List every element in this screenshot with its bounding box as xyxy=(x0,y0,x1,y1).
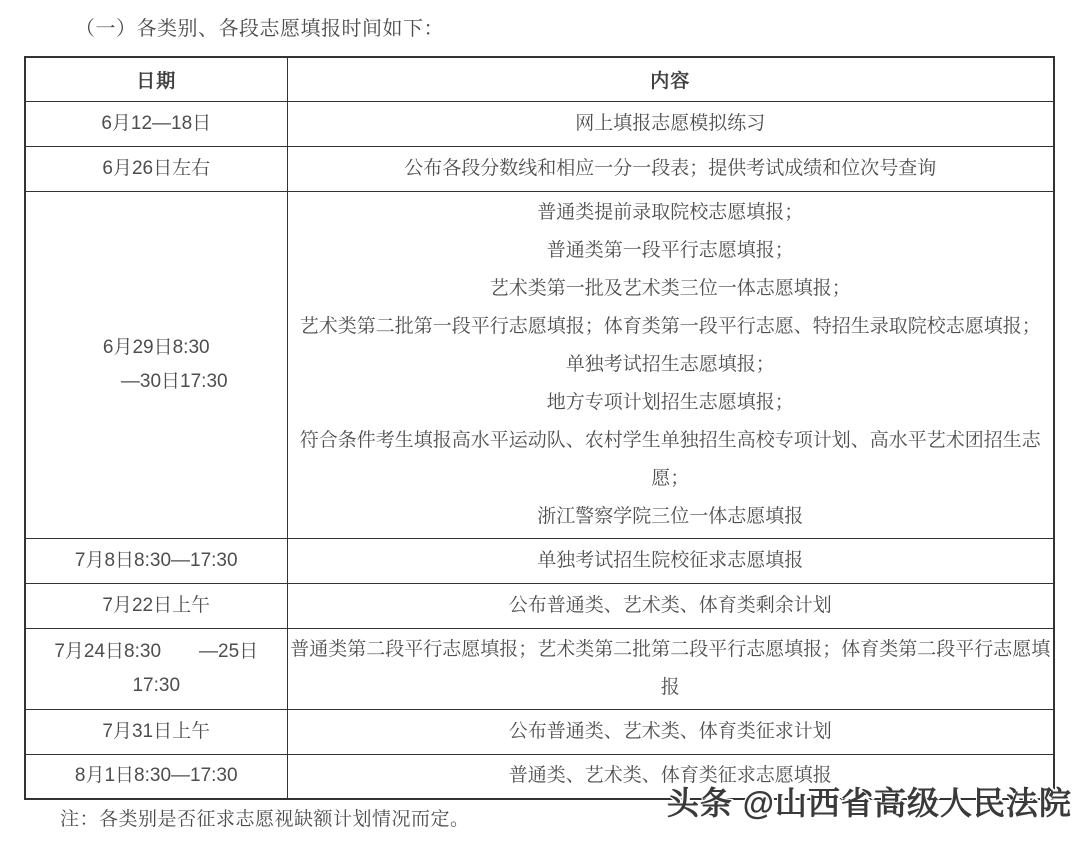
date-cell: 8月1日8:30—17:30 xyxy=(25,754,287,799)
content-line: 符合条件考生填报高水平运动队、农村学生单独招生高校专项计划、高水平艺术团招生志愿… xyxy=(290,422,1052,498)
content-line: 网上填报志愿模拟练习 xyxy=(290,105,1052,143)
date-cell: 7月24日8:30 —25日17:30 xyxy=(25,628,287,709)
content-cell: 公布普通类、艺术类、体育类剩余计划 xyxy=(287,583,1054,628)
content-line: 普通类第一段平行志愿填报； xyxy=(290,232,1052,270)
content-line: 艺术类第二批第一段平行志愿填报；体育类第一段平行志愿、特招生录取院校志愿填报； xyxy=(290,308,1052,346)
column-header-date: 日期 xyxy=(25,57,287,101)
table-row: 6月12—18日网上填报志愿模拟练习 xyxy=(25,101,1054,146)
section-heading: （一）各类别、各段志愿填报时间如下： xyxy=(75,12,444,41)
date-line: 6月26日左右 xyxy=(28,152,285,186)
content-line: 公布普通类、艺术类、体育类征求计划 xyxy=(290,713,1052,751)
footnote: 注：各类别是否征求志愿视缺额计划情况而定。 xyxy=(60,804,470,831)
table-row: 7月24日8:30 —25日17:30普通类第二段平行志愿填报；艺术类第二批第二… xyxy=(25,628,1054,709)
content-line: 普通类提前录取院校志愿填报； xyxy=(290,194,1052,232)
table-row: 7月8日8:30—17:30单独考试招生院校征求志愿填报 xyxy=(25,538,1054,583)
content-cell: 普通类提前录取院校志愿填报；普通类第一段平行志愿填报；艺术类第一批及艺术类三位一… xyxy=(287,191,1054,538)
content-line: 单独考试招生院校征求志愿填报 xyxy=(290,542,1052,580)
date-cell: 7月22日上午 xyxy=(25,583,287,628)
content-cell: 公布各段分数线和相应一分一段表；提供考试成绩和位次号查询 xyxy=(287,146,1054,191)
content-cell: 单独考试招生院校征求志愿填报 xyxy=(287,538,1054,583)
schedule-table: 日期 内容 6月12—18日网上填报志愿模拟练习6月26日左右公布各段分数线和相… xyxy=(24,56,1055,800)
table-header-row: 日期 内容 xyxy=(25,57,1054,101)
table-row: 7月22日上午公布普通类、艺术类、体育类剩余计划 xyxy=(25,583,1054,628)
content-line: 艺术类第一批及艺术类三位一体志愿填报； xyxy=(290,270,1052,308)
date-cell: 6月12—18日 xyxy=(25,101,287,146)
content-line: 公布各段分数线和相应一分一段表；提供考试成绩和位次号查询 xyxy=(290,150,1052,188)
date-line: 8月1日8:30—17:30 xyxy=(28,759,285,793)
date-line: 7月22日上午 xyxy=(28,589,285,623)
table-row: 6月26日左右公布各段分数线和相应一分一段表；提供考试成绩和位次号查询 xyxy=(25,146,1054,191)
content-cell: 网上填报志愿模拟练习 xyxy=(287,101,1054,146)
date-line: 7月8日8:30—17:30 xyxy=(28,544,285,578)
watermark: 头条 @山西省高级人民法院 xyxy=(667,778,1072,824)
date-line: 6月12—18日 xyxy=(28,107,285,141)
content-line: 普通类第二段平行志愿填报；艺术类第二批第二段平行志愿填报；体育类第二段平行志愿填… xyxy=(290,631,1052,707)
date-cell: 6月26日左右 xyxy=(25,146,287,191)
date-line: —30日17:30 xyxy=(28,365,285,399)
table-row: 6月29日8:30—30日17:30普通类提前录取院校志愿填报；普通类第一段平行… xyxy=(25,191,1054,538)
date-line: 7月24日8:30 —25日 xyxy=(28,635,285,669)
date-line: 7月31日上午 xyxy=(28,715,285,749)
content-line: 公布普通类、艺术类、体育类剩余计划 xyxy=(290,587,1052,625)
column-header-content: 内容 xyxy=(287,57,1054,101)
table-body: 6月12—18日网上填报志愿模拟练习6月26日左右公布各段分数线和相应一分一段表… xyxy=(25,101,1054,799)
date-line: 6月29日8:30 xyxy=(28,331,285,365)
table-row: 7月31日上午公布普通类、艺术类、体育类征求计划 xyxy=(25,709,1054,754)
content-line: 地方专项计划招生志愿填报； xyxy=(290,384,1052,422)
content-line: 单独考试招生志愿填报； xyxy=(290,346,1052,384)
content-line: 浙江警察学院三位一体志愿填报 xyxy=(290,498,1052,536)
content-cell: 普通类第二段平行志愿填报；艺术类第二批第二段平行志愿填报；体育类第二段平行志愿填… xyxy=(287,628,1054,709)
date-line: 17:30 xyxy=(28,669,285,703)
content-cell: 公布普通类、艺术类、体育类征求计划 xyxy=(287,709,1054,754)
date-cell: 7月8日8:30—17:30 xyxy=(25,538,287,583)
date-cell: 6月29日8:30—30日17:30 xyxy=(25,191,287,538)
date-cell: 7月31日上午 xyxy=(25,709,287,754)
